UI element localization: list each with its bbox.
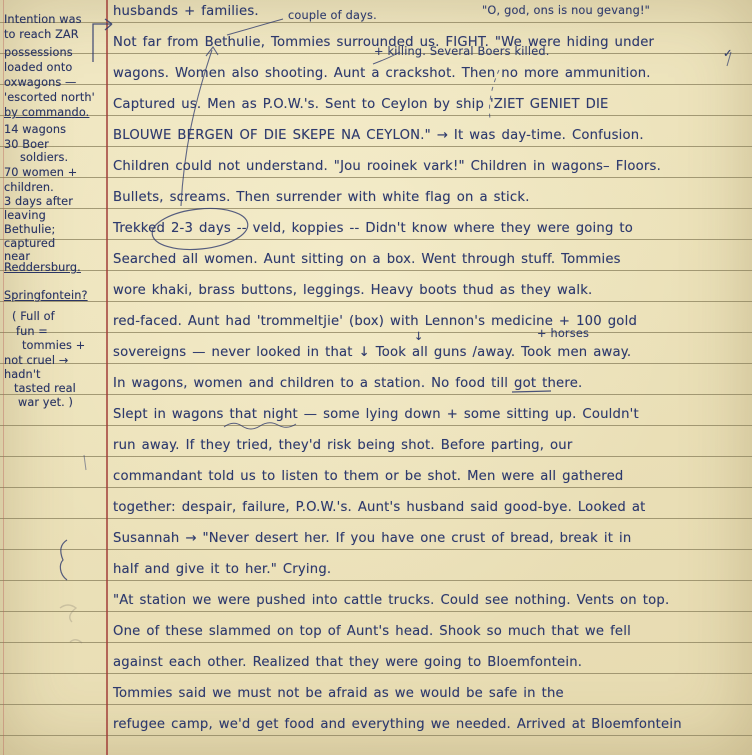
inline-annotation: couple of days. [288, 8, 377, 23]
margin-note: 70 women + [4, 165, 108, 180]
margin-note: war yet. ) [18, 395, 122, 410]
margin-note: possessions [4, 45, 108, 60]
handwritten-line: refugee camp, we'd get food and everythi… [113, 715, 745, 735]
margin-note: Bethulie; [4, 222, 108, 237]
handwritten-line: Susannah → "Never desert her. If you hav… [113, 529, 745, 549]
margin-note: ( Full of [12, 309, 116, 324]
margin-note: Springfontein? [4, 288, 108, 303]
handwritten-line: half and give it to her." Crying. [113, 560, 745, 580]
inline-annotation: + killing. Several Boers killed. [374, 44, 550, 59]
handwritten-line: wore khaki, brass buttons, leggings. Hea… [113, 281, 745, 301]
handwritten-line: Tommies said we must not be afraid as we… [113, 684, 745, 704]
margin-note: children. [4, 180, 108, 195]
handwritten-line: red-faced. Aunt had 'trommeltjie' (box) … [113, 312, 745, 332]
handwritten-line: Captured us. Men as P.O.W.'s. Sent to Ce… [113, 95, 745, 115]
margin-tick-mark [84, 455, 86, 470]
handwritten-line: Children could not understand. "Jou rooi… [113, 157, 745, 177]
handwritten-line: husbands + families. [113, 2, 745, 22]
margin-note: hadn't [4, 367, 108, 382]
margin-note: not cruel → [4, 353, 108, 368]
inline-annotation: ↓ [414, 329, 424, 344]
handwritten-line: Bullets, screams. Then surrender with wh… [113, 188, 745, 208]
handwritten-line: "At station we were pushed into cattle t… [113, 591, 745, 611]
margin-note: 'escorted north' [4, 90, 108, 105]
margin-note: to reach ZAR [4, 27, 108, 42]
margin-note: tasted real [14, 381, 118, 396]
inline-annotation: ✓ [723, 46, 733, 61]
inline-annotation: "O, god, ons is nou gevang!" [482, 3, 650, 18]
margin-note: loaded onto [4, 60, 108, 75]
inline-annotation: + horses [537, 326, 589, 341]
handwritten-line: commandant told us to listen to them or … [113, 467, 745, 487]
handwritten-line: sovereigns — never looked in that ↓ Took… [113, 343, 745, 363]
margin-note: 14 wagons [4, 122, 108, 137]
handwritten-line: Slept in wagons that night — some lying … [113, 405, 745, 425]
margin-note: fun = [16, 324, 120, 339]
margin-curly-brace [60, 540, 67, 580]
handwritten-line: One of these slammed on top of Aunt's he… [113, 622, 745, 642]
margin-note: oxwagons — [4, 75, 108, 90]
handwritten-line: wagons. Women also shooting. Aunt a crac… [113, 64, 745, 84]
margin-note: soldiers. [20, 150, 124, 165]
handwritten-line: Trekked 2-3 days -- veld, koppies -- Did… [113, 219, 745, 239]
handwritten-line: BLOUWE BERGEN OF DIE SKEPE NA CEYLON." →… [113, 126, 745, 146]
margin-note: by commando. [4, 105, 108, 120]
notebook-page: Intention wasto reach ZARpossessionsload… [0, 0, 752, 755]
pencil-scribble [60, 605, 82, 643]
handwritten-line: run away. If they tried, they'd risk bei… [113, 436, 745, 456]
handwritten-line: In wagons, women and children to a stati… [113, 374, 745, 394]
margin-note: Reddersburg. [4, 260, 108, 275]
margin-note: 3 days after [4, 194, 108, 209]
margin-note: leaving [4, 208, 108, 223]
handwritten-line: against each other. Realized that they w… [113, 653, 745, 673]
margin-note: Intention was [4, 12, 108, 27]
handwritten-line: together: despair, failure, P.O.W.'s. Au… [113, 498, 745, 518]
margin-note: tommies + [22, 338, 126, 353]
handwritten-line: Searched all women. Aunt sitting on a bo… [113, 250, 745, 270]
